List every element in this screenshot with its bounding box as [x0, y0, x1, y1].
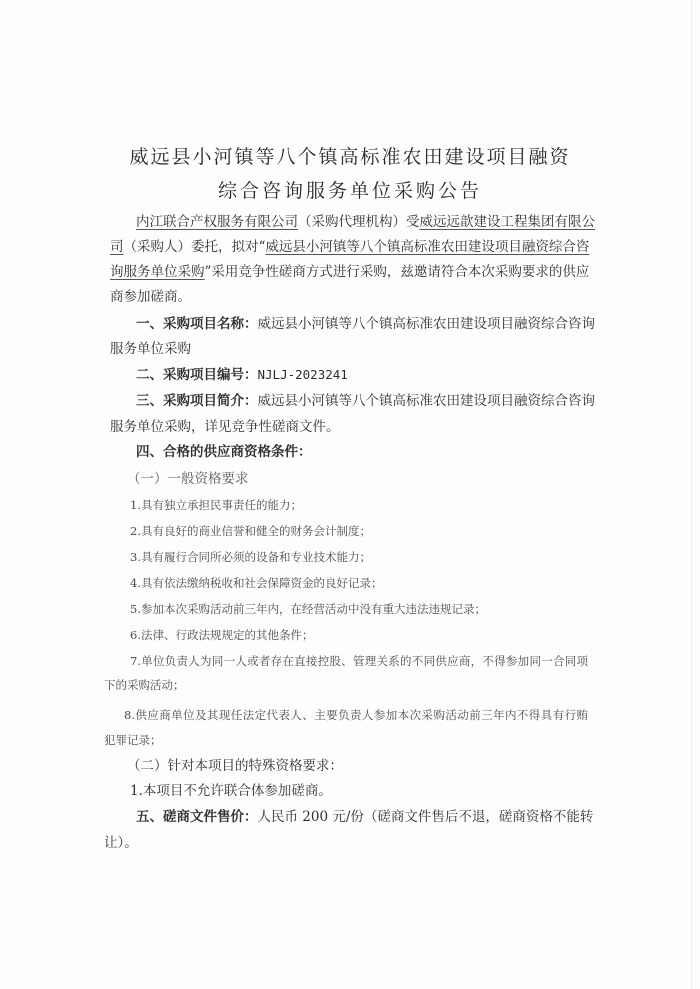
document-page: 威远县小河镇等八个镇高标准农田建设项目融资 综合咨询服务单位采购公告 内江联合产…	[0, 0, 700, 989]
section-1-value: 威远县小河镇等八个镇高标准农田建设项目融资综合咨询	[258, 316, 596, 332]
general-requirements-heading: （一）一般资格要求	[127, 470, 249, 488]
general-item-4: 4.具有依法缴纳税收和社会保障资金的良好记录；	[130, 574, 382, 592]
special-requirements-heading: （二）针对本项目的特殊资格要求：	[127, 757, 343, 775]
general-item-7-line-2: 下的采购活动；	[104, 676, 185, 694]
general-item-5: 5.参加本次采购活动前三年内，在经营活动中没有重大违法违规记录；	[130, 600, 486, 618]
general-item-1: 1.具有独立承担民事责任的能力；	[130, 496, 302, 514]
project-name-part1: 威远县小河镇等八个镇高标准农田建设项目融资综合咨	[265, 239, 589, 255]
section-1-line-2: 服务单位采购	[110, 340, 191, 358]
purchaser-role: （采购人）委托，拟对	[124, 239, 259, 255]
project-number: NJLJ-2023241	[258, 367, 348, 382]
general-item-8-line-1: 8.供应商单位及其现任法定代表人、主要负责人参加本次采购活动前三年内不得具有行贿	[124, 706, 588, 724]
purchaser-name-part2: 司	[110, 239, 124, 255]
project-name-part2: 询服务单位采购	[110, 264, 205, 280]
agency-name: 内江联合产权服务有限公司	[136, 214, 298, 230]
section-2-line: 二、采购项目编号：NJLJ-2023241	[136, 366, 348, 384]
section-3-value: 威远县小河镇等八个镇高标准农田建设项目融资综合咨询	[258, 393, 596, 409]
section-2-label: 二、采购项目编号：	[136, 367, 258, 383]
section-1-label: 一、采购项目名称：	[136, 316, 258, 332]
intro-line-3: 询服务单位采购”采用竞争性磋商方式进行采购，兹邀请符合本次采购要求的供应	[110, 263, 588, 281]
general-item-6: 6.法律、行政法规规定的其他条件；	[130, 626, 313, 644]
section-5-line-1: 五、磋商文件售价：人民币 200 元/份（磋商文件售后不退，磋商资格不能转	[110, 808, 588, 826]
general-item-2: 2.具有良好的商业信誉和健全的财务会计制度；	[130, 522, 371, 540]
procurement-method: ”采用竞争性磋商方式进行采购，兹邀请符合本次采购要求的供应	[205, 264, 590, 280]
section-1-line-1: 一、采购项目名称：威远县小河镇等八个镇高标准农田建设项目融资综合咨询	[110, 315, 588, 333]
special-item-1: 1.本项目不允许联合体参加磋商。	[130, 782, 332, 800]
section-3-label: 三、采购项目简介：	[136, 393, 258, 409]
general-item-3: 3.具有履行合同所必须的设备和专业技术能力；	[130, 548, 371, 566]
intro-line-1: 内江联合产权服务有限公司（采购代理机构）受威远远歆建设工程集团有限公	[110, 213, 588, 231]
document-title-line-2: 综合咨询服务单位采购公告	[0, 176, 700, 203]
section-3-line-2: 服务单位采购，详见竞争性磋商文件。	[110, 418, 340, 436]
section-5-value: 人民币 200 元/份（磋商文件售后不退，磋商资格不能转	[258, 809, 594, 825]
purchaser-name-part1: 威远远歆建设工程集团有限公	[420, 214, 596, 230]
general-item-7-line-1: 7.单位负责人为同一人或者存在直接控股、管理关系的不同供应商，不得参加同一合同项	[130, 652, 588, 670]
intro-line-2: 司（采购人）委托，拟对“威远县小河镇等八个镇高标准农田建设项目融资综合咨	[110, 238, 588, 256]
intro-line-4: 商参加磋商。	[110, 288, 191, 306]
section-3-line-1: 三、采购项目简介：威远县小河镇等八个镇高标准农田建设项目融资综合咨询	[110, 392, 588, 410]
section-5-label: 五、磋商文件售价：	[136, 809, 258, 825]
agency-role: （采购代理机构）受	[298, 214, 420, 230]
section-5-line-2: 让）。	[104, 834, 138, 852]
document-title-line-1: 威远县小河镇等八个镇高标准农田建设项目融资	[0, 142, 700, 169]
section-4-label: 四、合格的供应商资格条件：	[136, 443, 312, 461]
general-item-8-line-2: 犯罪记录；	[104, 731, 162, 749]
